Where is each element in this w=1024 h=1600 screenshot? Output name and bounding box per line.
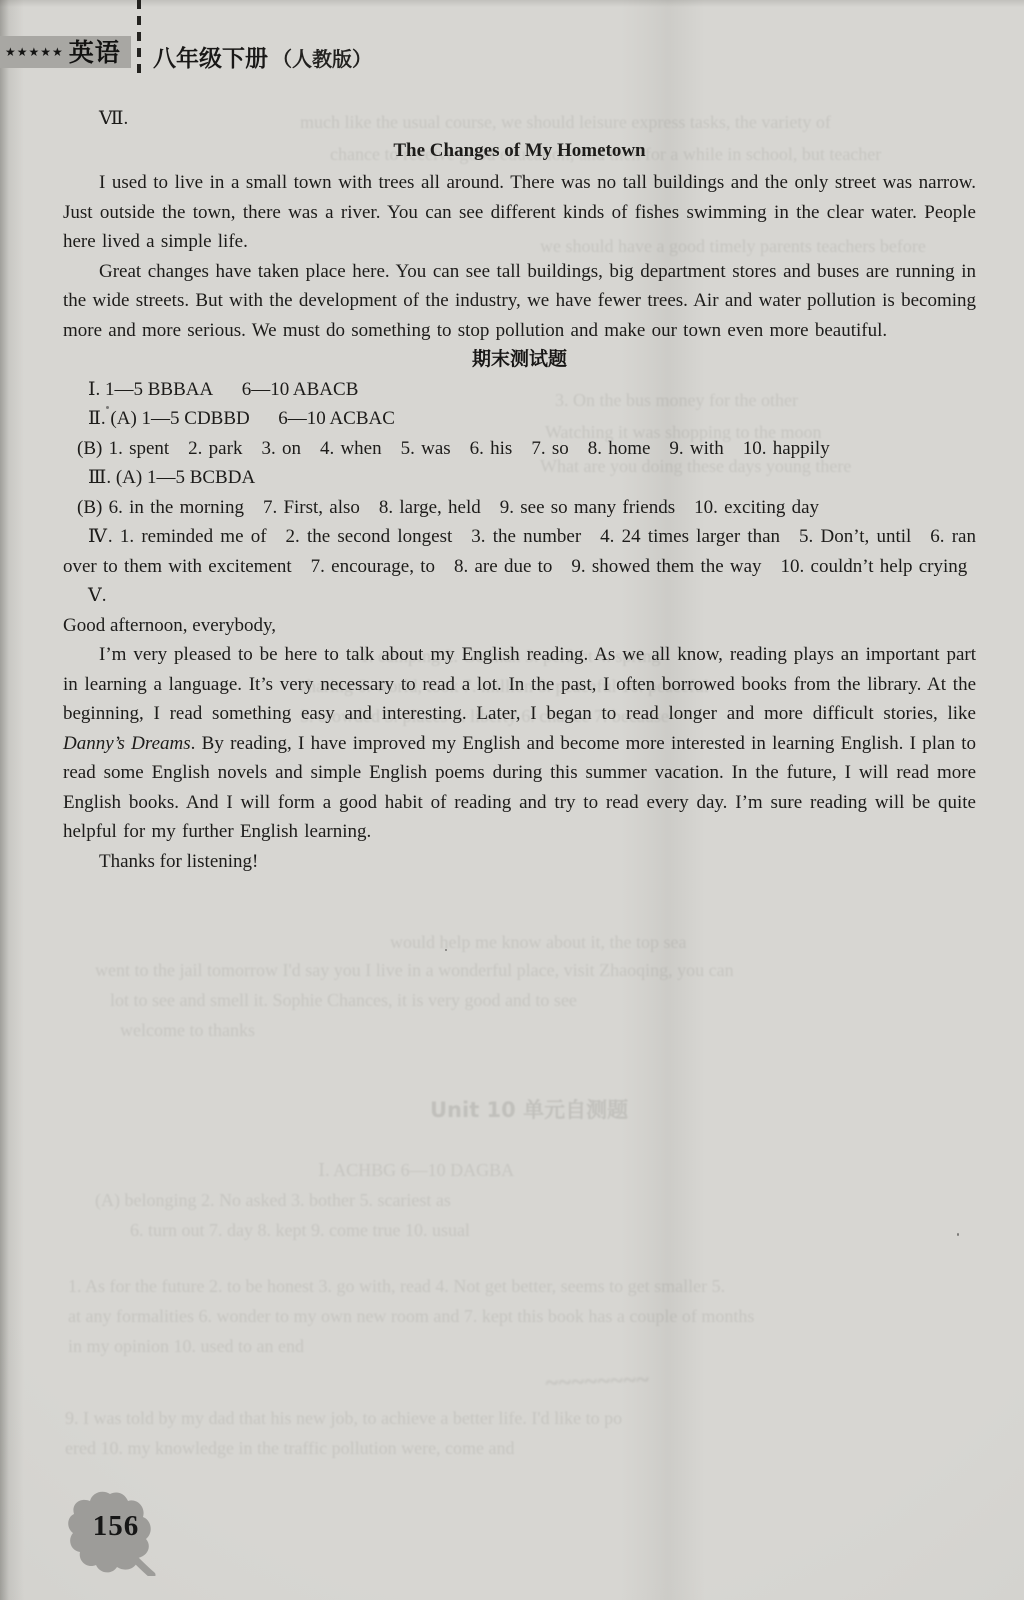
- bleedthrough-line: went to the jail tomorrow I'd say you I …: [95, 956, 734, 984]
- edition-grade-label: 八年级下册: [153, 46, 268, 72]
- answer-line-3: Ⅲ. (A) 1—5 BCBDA: [63, 463, 976, 493]
- bleedthrough-line: 9. I was told by my dad that his new job…: [65, 1404, 622, 1432]
- speech-text-before: I’m very pleased to be here to talk abou…: [63, 644, 976, 724]
- answer-line-3b: (B) 6. in the morning 7. First, also 8. …: [63, 493, 976, 523]
- bleedthrough-line: ered 10. my knowledge in the traffic pol…: [65, 1434, 515, 1462]
- scan-speck: [106, 406, 109, 409]
- essay-paragraph-2: Great changes have taken place here. You…: [63, 257, 976, 346]
- bleedthrough-heading: Unit 10 单元自测题: [430, 1096, 628, 1124]
- stars-icon: ★★★★★: [5, 46, 64, 58]
- answer-line-4: Ⅳ. 1. reminded me of 2. the second longe…: [63, 522, 976, 581]
- scan-speck: [445, 949, 447, 951]
- bleedthrough-scrawl: ~~~~~~~~: [545, 1366, 650, 1398]
- bleedthrough-line: welcome to thanks: [120, 1016, 255, 1044]
- speech-body: I’m very pleased to be here to talk abou…: [63, 640, 976, 847]
- essay-title: The Changes of My Hometown: [63, 136, 976, 166]
- page-number-badge: 156: [66, 1490, 166, 1576]
- section-numeral-5: Ⅴ.: [63, 581, 976, 611]
- series-logo-box: ★★★★★ 英语: [0, 36, 131, 68]
- edition-publisher-label: （人教版）: [272, 47, 372, 71]
- speech-book-title: Danny’s Dreams: [63, 733, 191, 754]
- speech-text-after: . By reading, I have improved my English…: [63, 733, 976, 843]
- answer-line-2: Ⅱ. (A) 1—5 CDBBD 6—10 ACBAC: [63, 404, 976, 434]
- series-logo-label: 英语: [69, 40, 121, 65]
- speech-salutation: Good afternoon, everybody,: [63, 611, 976, 641]
- final-test-heading: 期末测试题: [63, 345, 976, 375]
- bleedthrough-line: at any formalities 6. wonder to my own n…: [68, 1302, 754, 1330]
- bleedthrough-line: (A) belonging 2. No asked 3. bother 5. s…: [95, 1186, 451, 1214]
- scan-speck: [957, 1233, 959, 1236]
- header-dashed-divider: [137, 0, 141, 74]
- essay-paragraph-1: I used to live in a small town with tree…: [63, 168, 976, 257]
- scanned-book-page: much like the usual course, we should le…: [0, 0, 1024, 1600]
- book-edition-title: 八年级下册 （人教版）: [153, 40, 372, 73]
- answer-line-2b: (B) 1. spent 2. park 3. on 4. when 5. wa…: [63, 434, 976, 464]
- speech-closing: Thanks for listening!: [63, 847, 976, 877]
- answer-line-1: Ⅰ. 1—5 BBBAA 6—10 ABACB: [63, 375, 976, 405]
- bleedthrough-line: 6. turn out 7. day 8. kept 9. come true …: [130, 1216, 470, 1244]
- bleedthrough-line: 1. As for the future 2. to be honest 3. …: [68, 1272, 725, 1300]
- bleedthrough-line: Ⅰ. ACHBG 6—10 DAGBA: [318, 1156, 514, 1184]
- answer-key-content: Ⅶ. The Changes of My Hometown I used to …: [63, 104, 976, 876]
- bleedthrough-line: in my opinion 10. used to an end: [68, 1332, 304, 1360]
- page-number: 156: [80, 1510, 152, 1543]
- section-numeral-7: Ⅶ.: [63, 104, 976, 134]
- bleedthrough-line: lot to see and smell it. Sophie Chances,…: [110, 986, 577, 1014]
- bleedthrough-line: would help me know about it, the top sea: [390, 928, 686, 956]
